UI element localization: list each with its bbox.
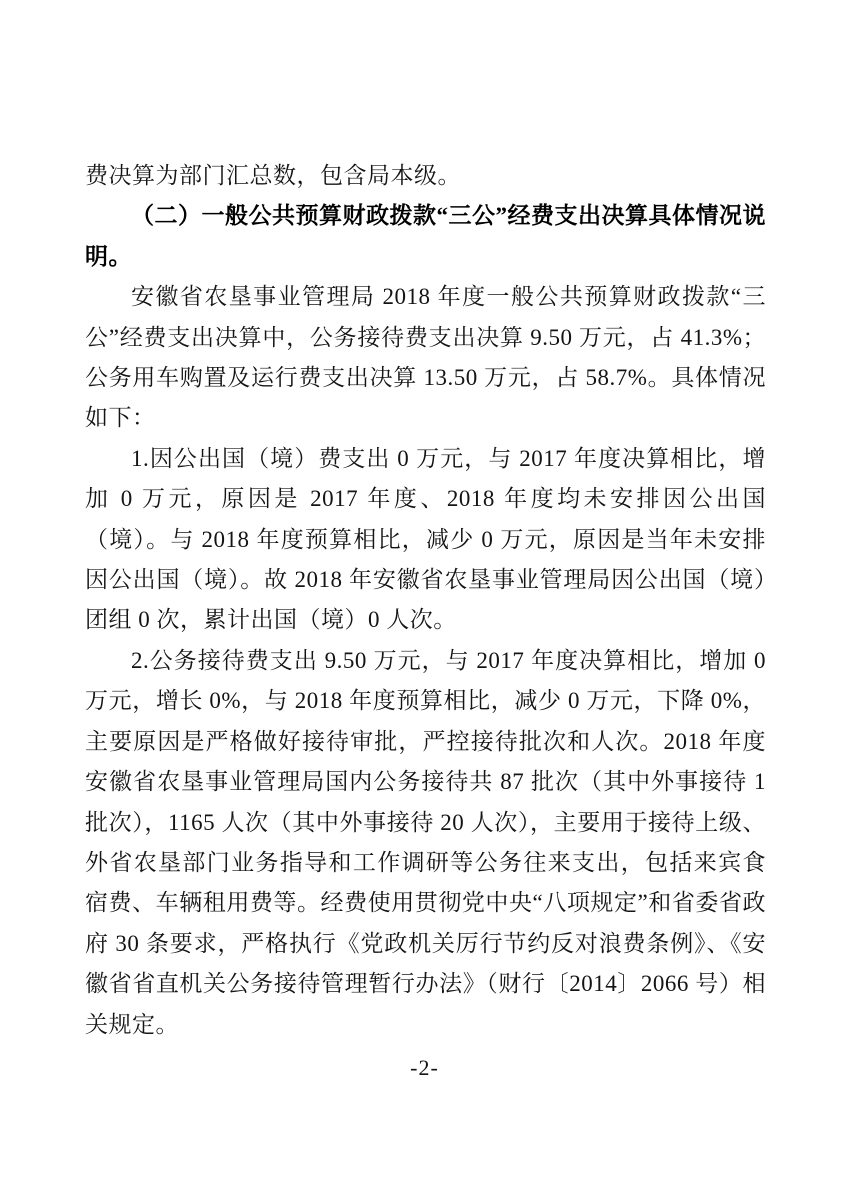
document-body: 费决算为部门汇总数，包含局本级。 （二）一般公共预算财政拨款“三公”经费支出决算… — [85, 156, 766, 1045]
document-page: 费决算为部门汇总数，包含局本级。 （二）一般公共预算财政拨款“三公”经费支出决算… — [0, 0, 849, 1200]
paragraph-overview: 安徽省农垦事业管理局 2018 年度一般公共预算财政拨款“三公”经费支出决算中，… — [85, 277, 766, 439]
page-number: -2- — [0, 1055, 849, 1081]
paragraph-item1-abroad-expense: 1.因公出国（境）费支出 0 万元，与 2017 年度决算相比，增加 0 万元，… — [85, 439, 766, 641]
paragraph-item2-reception-expense: 2.公务接待费支出 9.50 万元，与 2017 年度决算相比，增加 0 万元，… — [85, 641, 766, 1045]
section-heading: （二）一般公共预算财政拨款“三公”经费支出决算具体情况说明。 — [85, 196, 766, 277]
paragraph-continuation: 费决算为部门汇总数，包含局本级。 — [85, 156, 766, 196]
